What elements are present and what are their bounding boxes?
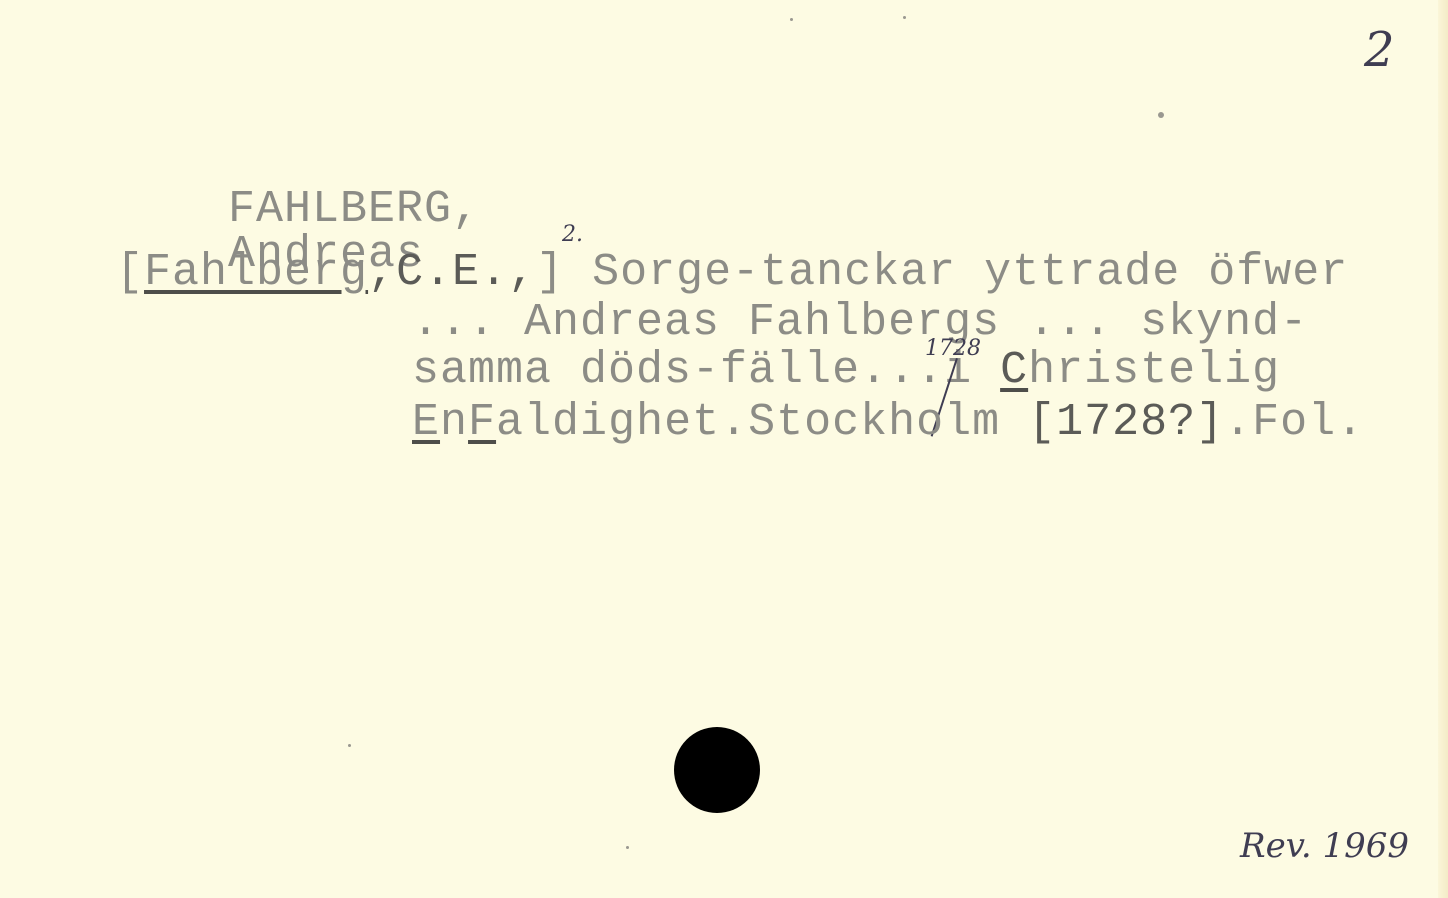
- entry-line-3: samma döds-fälle...i Christelig: [412, 348, 1280, 393]
- page-number: 2: [1364, 22, 1395, 78]
- author-name: Fahlberg: [144, 247, 368, 298]
- series-word: hristelig: [1028, 345, 1280, 396]
- publication-year: [1728?]: [1028, 397, 1224, 448]
- bracket-open: [: [116, 247, 144, 298]
- format: .Fol.: [1224, 397, 1364, 448]
- revision-note: Rev. 1969: [1240, 826, 1409, 866]
- entry-line-4: EnFaldighet.Stockholm [1728?].Fol.: [412, 400, 1364, 445]
- speck: [790, 18, 793, 21]
- entry-line-2: ... Andreas Fahlbergs ... skynd-: [412, 300, 1308, 345]
- series-imprint: aldighet.Stockholm: [496, 397, 1028, 448]
- series-initial-e: E: [412, 397, 440, 448]
- handwritten-date: 1728: [925, 336, 981, 361]
- series-n: n: [440, 397, 468, 448]
- title-start: Sorge-tanckar yttrade öfwer: [564, 247, 1348, 298]
- entry-line-1: [Fahlberg,C.E.,] Sorge-tanckar yttrade ö…: [116, 250, 1348, 295]
- title-end: samma döds-fälle...: [412, 345, 944, 396]
- bracket-close: ]: [536, 247, 564, 298]
- speck: [348, 744, 351, 747]
- card-edge: [1438, 0, 1448, 898]
- heading-surname: FAHLBERG,: [228, 184, 480, 235]
- catalog-card: 2 FAHLBERG, Andreas [Fahlberg,C.E.,] Sor…: [0, 0, 1448, 898]
- speck: [903, 16, 906, 19]
- speck: [1158, 112, 1164, 118]
- author-initials: ,C.E.,: [368, 247, 536, 298]
- speck: [626, 846, 629, 849]
- series-initial-f: F: [468, 397, 496, 448]
- handwritten-superscript: 2.: [562, 222, 583, 247]
- punch-hole: [674, 727, 760, 813]
- series-initial: C: [1000, 345, 1028, 396]
